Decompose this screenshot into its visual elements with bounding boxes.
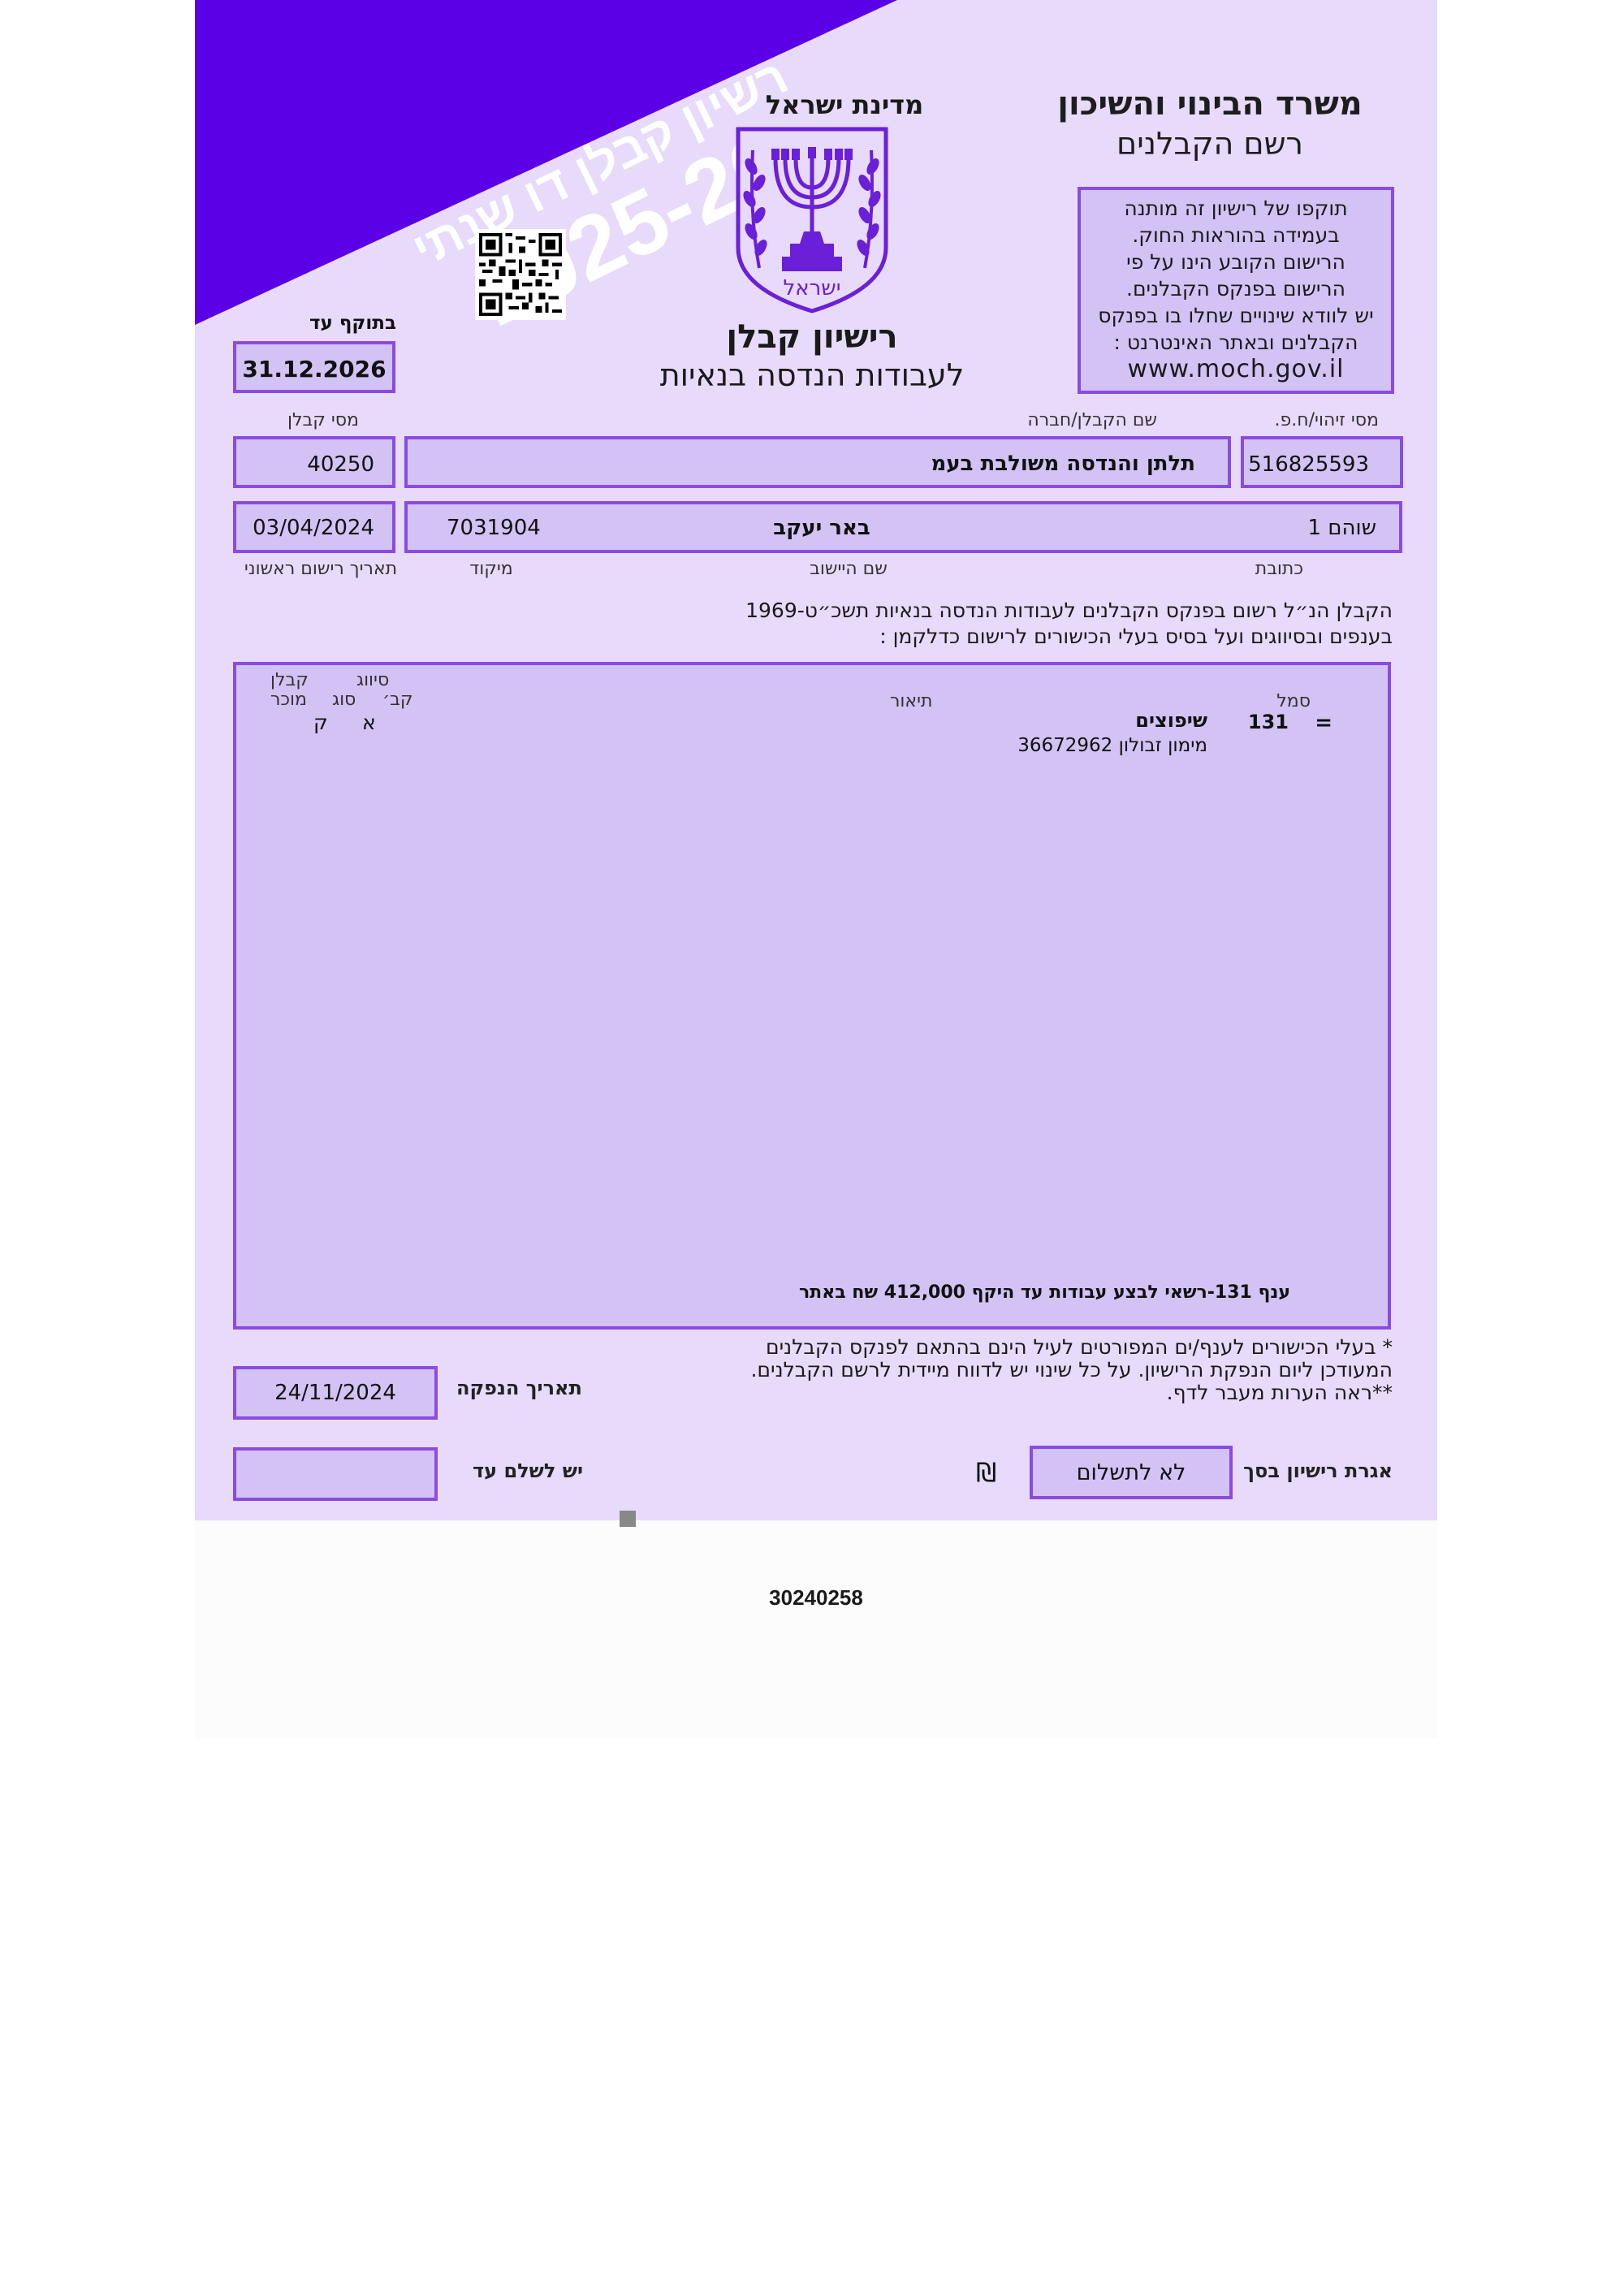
column-classification-top: סיווג bbox=[356, 670, 389, 690]
registration-statement: הקבלן הנ״ל רשום בפנקס הקבלנים לעבודות הנ… bbox=[662, 598, 1393, 650]
first-registration-label: תאריך רישום ראשוני bbox=[240, 559, 402, 579]
row-recognized: ק bbox=[313, 711, 328, 734]
fee-field: לא לתשלום bbox=[1030, 1446, 1233, 1499]
issue-date-field: 24/11/2024 bbox=[233, 1366, 438, 1420]
row-qualified-person: מימון זבולון 36672962 bbox=[1017, 735, 1207, 756]
fee-value: לא לתשלום bbox=[1033, 1460, 1229, 1485]
emblem-caption: ישראל bbox=[783, 276, 840, 301]
statement-line: הקבלן הנ״ל רשום בפנקס הקבלנים לעבודות הנ… bbox=[662, 598, 1393, 624]
zip-value: 7031904 bbox=[447, 516, 541, 540]
notice-line: תוקפו של רישיון זה מותנה bbox=[1081, 195, 1391, 222]
column-contractor-top: קבלן bbox=[270, 670, 309, 690]
row-type: א bbox=[362, 711, 376, 734]
document-code: 30240258 bbox=[195, 1585, 1437, 1611]
ministry-header: משרד הבינוי והשיכון רשם הקבלנים bbox=[1039, 85, 1380, 162]
license-document: רשיון קבלן דו שנתי 2025-26 משרד הבינוי ו… bbox=[195, 0, 1437, 1520]
city-value: באר יעקב bbox=[732, 516, 911, 540]
registrar-name: רשם הקבלנים bbox=[1039, 126, 1380, 162]
column-symbol: סמל bbox=[1276, 691, 1311, 711]
row-description: שיפוצים bbox=[1135, 709, 1207, 732]
ministry-name: משרד הבינוי והשיכון bbox=[1039, 85, 1380, 123]
first-registration-value: 03/04/2024 bbox=[253, 516, 374, 540]
city-label: שם היישוב bbox=[792, 559, 905, 579]
address-value: שוהם 1 bbox=[1307, 516, 1376, 540]
name-label: שם הקבלן/חברה bbox=[1027, 410, 1157, 430]
validity-field: 31.12.2026 bbox=[233, 341, 395, 393]
notice-line: יש לוודא שינויים שחלו בו בפנקס bbox=[1081, 302, 1391, 329]
fee-label: אגרת רישיון בסך bbox=[1243, 1459, 1393, 1482]
page-footer-area: 30240258 bbox=[195, 1520, 1437, 1738]
name-value: תלתן והנדסה משולבת בעמ bbox=[931, 452, 1195, 476]
state-name: מדינת ישראל bbox=[682, 89, 1007, 120]
state-emblem-icon: ישראל bbox=[735, 126, 889, 314]
shekel-icon: ₪ bbox=[976, 1457, 996, 1488]
notice-line: הקבלנים ובאתר האינטרנט : bbox=[1081, 329, 1391, 356]
column-group: קב׳ bbox=[382, 690, 412, 710]
ministry-url-link[interactable]: www.moch.gov.il bbox=[1081, 356, 1391, 383]
table-footer-note: ענף 131-רשאי לבצע עבודות עד היקף 412,000… bbox=[799, 1282, 1290, 1303]
address-field: שוהם 1 באר יעקב 7031904 bbox=[404, 501, 1402, 553]
first-registration-field: 03/04/2024 bbox=[233, 501, 395, 553]
validity-value: 31.12.2026 bbox=[236, 356, 392, 383]
column-type: סוג bbox=[332, 690, 356, 710]
footnotes: * בעלי הכישורים לענף/ים המפורטים לעיל הי… bbox=[662, 1336, 1393, 1404]
branches-table: סמל תיאור סיווג קבלן קב׳ סוג מוכר = 131 … bbox=[233, 662, 1391, 1330]
statement-line: בענפים ובסיווגים ועל בסיס בעלי הכישורים … bbox=[662, 624, 1393, 650]
contractor-number-value: 40250 bbox=[307, 452, 374, 477]
footnote-line: המעודכן ליום הנפקת הרישיון. על כל שינוי … bbox=[662, 1359, 1393, 1381]
id-value: 516825593 bbox=[1248, 452, 1369, 477]
row-symbol: 131 bbox=[1248, 711, 1289, 733]
address-label: כתובת bbox=[1255, 559, 1303, 579]
name-field: תלתן והנדסה משולבת בעמ bbox=[404, 436, 1231, 488]
document-title: רישיון קבלן bbox=[601, 318, 1023, 356]
column-description: תיאור bbox=[890, 691, 933, 711]
issue-date-label: תאריך הנפקה bbox=[456, 1377, 582, 1399]
notice-line: בעמידה בהוראות החוק. bbox=[1081, 222, 1391, 249]
notice-line: הרישום בפנקס הקבלנים. bbox=[1081, 275, 1391, 302]
issue-date-value: 24/11/2024 bbox=[236, 1381, 434, 1405]
contractor-number-label: מסי קבלן bbox=[279, 410, 368, 430]
footnote-line: **ראה הערות מעבר לדף. bbox=[662, 1381, 1393, 1404]
zip-label: מיקוד bbox=[459, 559, 524, 579]
validity-label: בתוקף עד bbox=[270, 313, 436, 334]
column-recognized: מוכר bbox=[270, 690, 307, 710]
contractor-number-field: 40250 bbox=[233, 436, 395, 488]
notice-line: הרישום הקובע הינו על פי bbox=[1081, 249, 1391, 275]
payment-due-field bbox=[233, 1447, 438, 1501]
row-marker: = bbox=[1315, 711, 1332, 735]
document-subtitle: לעבודות הנדסה בנאיות bbox=[601, 357, 1023, 393]
footnote-line: * בעלי הכישורים לענף/ים המפורטים לעיל הי… bbox=[662, 1336, 1393, 1359]
notice-box: תוקפו של רישיון זה מותנה בעמידה בהוראות … bbox=[1078, 187, 1394, 394]
payment-due-label: יש לשלם עד bbox=[473, 1459, 583, 1482]
page-marker bbox=[620, 1511, 636, 1527]
id-label: מסי זיהוי/ח.פ. bbox=[1275, 410, 1379, 430]
qr-code-icon[interactable] bbox=[475, 229, 566, 320]
id-field: 516825593 bbox=[1241, 436, 1403, 488]
